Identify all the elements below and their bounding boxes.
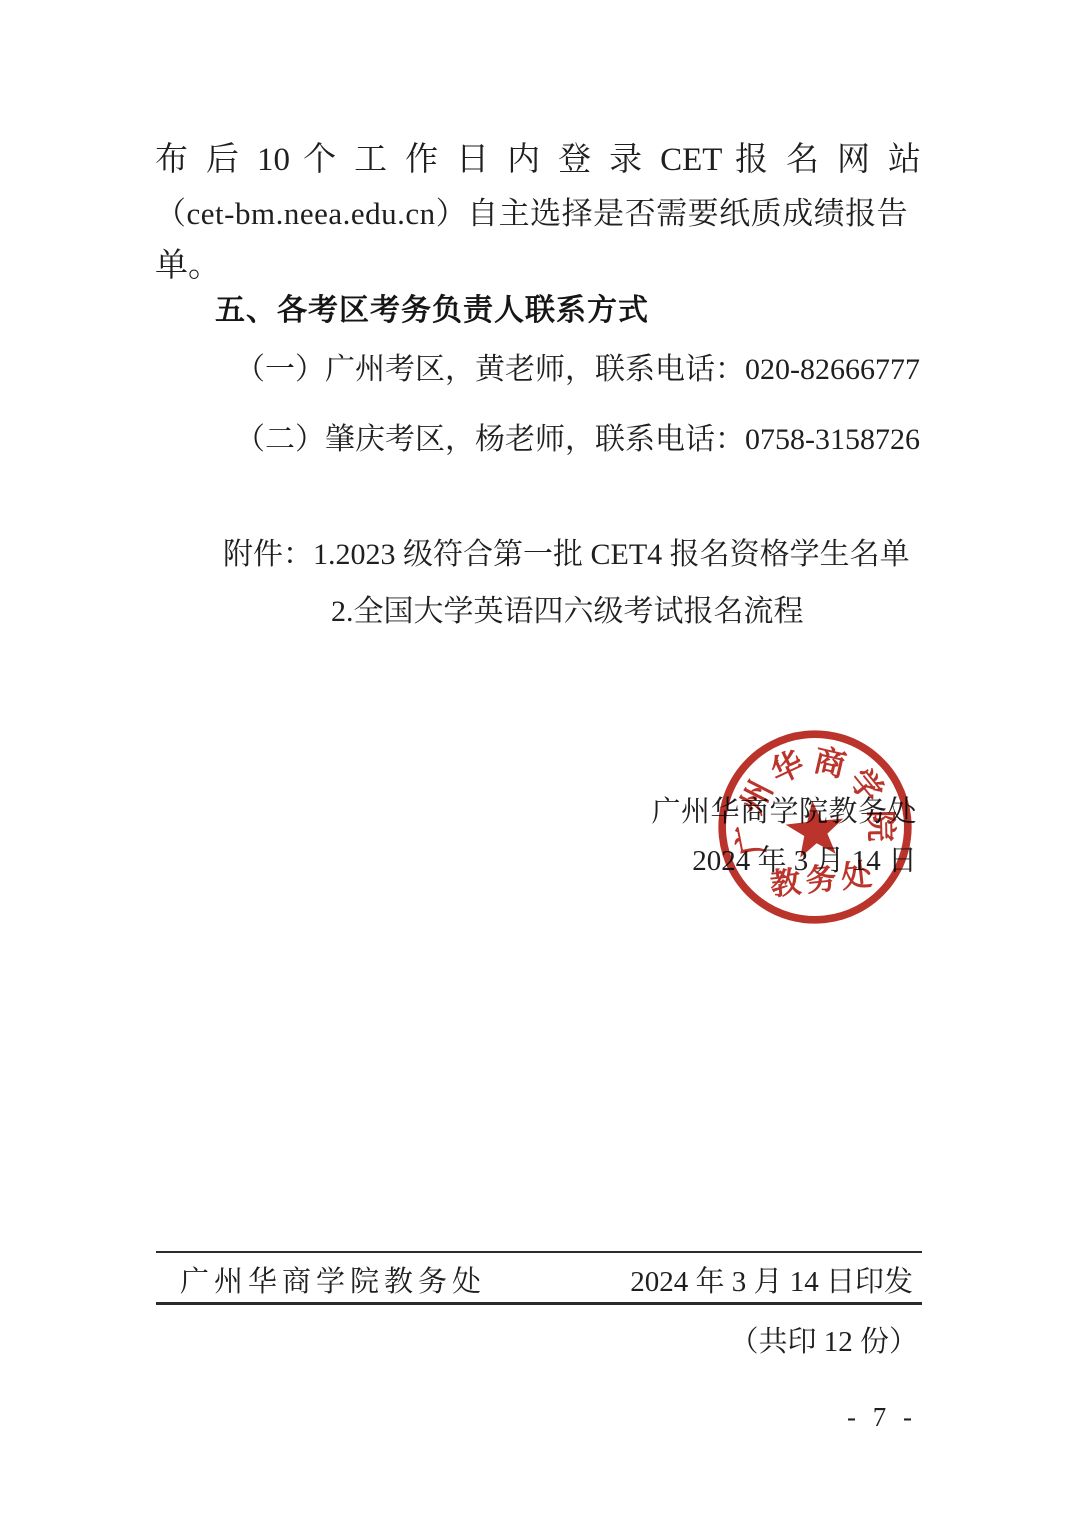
paragraph-line-1: 布 后 10 个 工 作 日 内 登 录 CET 报 名 网 站 [155, 140, 921, 181]
seal-arc-char: 院 [863, 810, 899, 843]
paragraph-line-2: （cet-bm.neea.edu.cn）自主选择是否需要纸质成绩报告 [155, 195, 908, 234]
paragraph-line-3: 单。 [155, 246, 221, 287]
footer-copies: （共印 12 份） [729, 1324, 918, 1360]
section-heading: 五、各考区考务负责人联系方式 [215, 292, 649, 330]
seal-bottom-text: 教务处 [769, 857, 879, 902]
seal-arc-char: 华 [766, 745, 810, 790]
footer-print-date: 2024 年 3 月 14 日印发 [630, 1264, 913, 1300]
contact-item-guangzhou: （一）广州考区，黄老师，联系电话：020-82666777 [235, 351, 920, 389]
footer-rule-bottom [156, 1302, 922, 1305]
seal-arc-char: 广 [730, 821, 770, 859]
footer-issuer: 广州华商学院教务处 [180, 1264, 486, 1300]
seal-arc-char: 学 [842, 762, 889, 809]
attachment-line-2: 2.全国大学英语四六级考试报名流程 [331, 593, 804, 631]
footer-rule-top [156, 1251, 922, 1253]
attachment-line-1: 附件：1.2023 级符合第一批 CET4 报名资格学生名单 [223, 536, 910, 574]
page-number: - 7 - [847, 1401, 917, 1435]
document-page: 布 后 10 个 工 作 日 内 登 录 CET 报 名 网 站 （cet-bm… [0, 0, 1080, 1528]
seal-arc-char: 商 [810, 742, 849, 783]
seal-star-icon [783, 798, 847, 859]
seal-arc-char: 州 [734, 775, 780, 819]
contact-item-zhaoqing: （二）肇庆考区，杨老师，联系电话：0758-3158726 [235, 421, 920, 459]
official-seal: 广 州 华 商 学 院 教务处 [703, 715, 927, 939]
